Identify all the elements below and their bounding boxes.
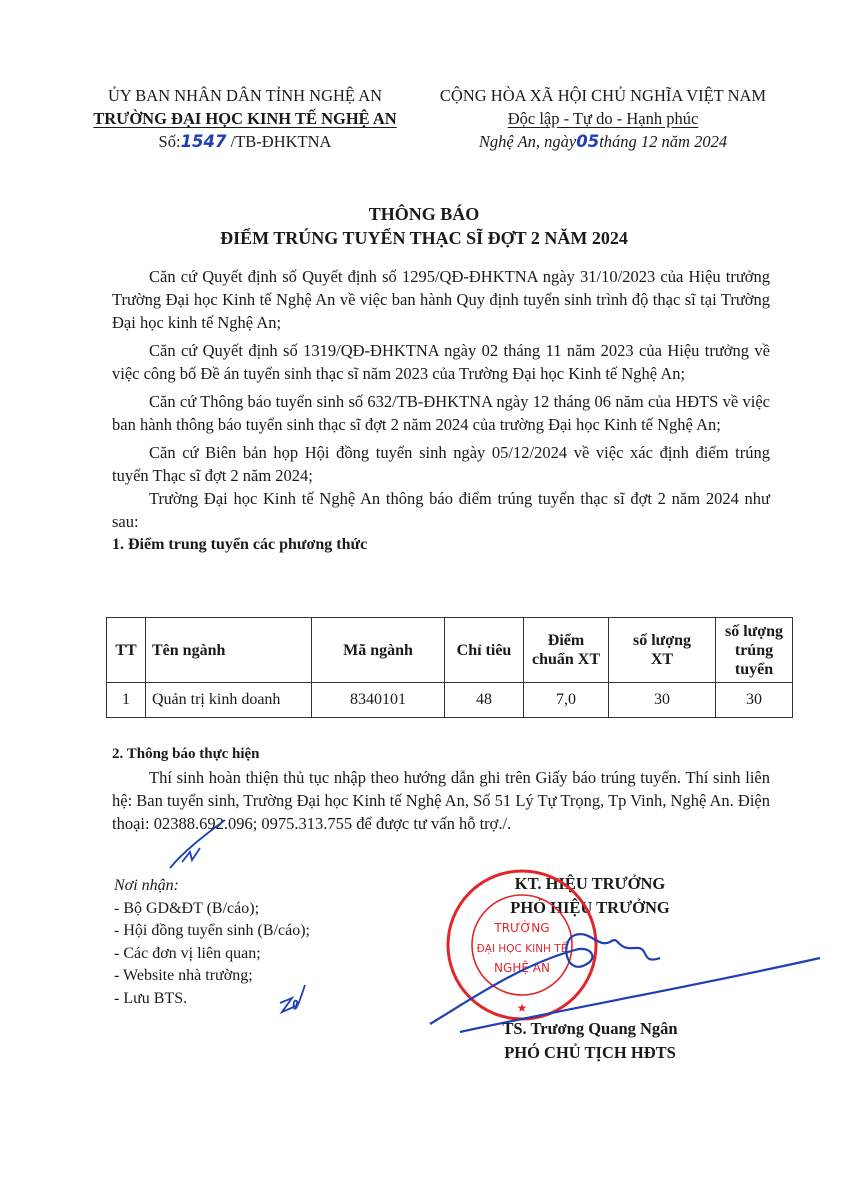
col-header-applicants: số lượngXT [609,618,716,683]
col-header-code: Mã ngành [312,618,445,683]
col-header-cutoff: Điểmchuẩn XT [524,618,609,683]
cell-applicants: 30 [609,683,716,718]
date-suffix: tháng 12 năm 2024 [599,132,727,151]
section2-text: Thí sinh hoàn thiện thủ tục nhập theo hư… [112,766,770,835]
title-line1: THÔNG BÁO [0,202,848,226]
recipients-label: Nơi nhận: [114,875,310,898]
motto: Độc lập - Tự do - Hạnh phúc [418,107,788,130]
cell-quota: 48 [445,683,524,718]
legal-basis: Căn cứ Quyết định số Quyết định số 1295/… [112,265,770,556]
col-header-tt: TT [107,618,146,683]
cell-major: Quản trị kinh doanh [146,683,312,718]
paragraph: Trường Đại học Kinh tế Nghệ An thông báo… [112,487,770,533]
authority-name: ỦY BAN NHÂN DÂN TỈNH NGHỆ AN [80,84,410,107]
recipient-item: - Website nhà trường; [114,965,310,988]
national-header: CỘNG HÒA XÃ HỘI CHỦ NGHĨA VIỆT NAM Độc l… [418,84,788,153]
paragraph: Căn cứ Biên bản họp Hội đồng tuyển sinh … [112,441,770,487]
number-suffix: /TB-ĐHKTNA [231,132,332,151]
cell-code: 8340101 [312,683,445,718]
cell-admitted: 30 [716,683,793,718]
recipient-item: - Hội đồng tuyển sinh (B/cáo); [114,920,310,943]
cell-cutoff: 7,0 [524,683,609,718]
signature-scribble [430,934,660,1024]
recipient-item: - Các đơn vị liên quan; [114,943,310,966]
school-name-text: TRƯỜNG ĐẠI HỌC KINH TẾ NGHỆ AN [93,109,396,128]
paragraph: Căn cứ Quyết định số Quyết định số 1295/… [112,265,770,334]
signer-role: PHÓ CHỦ TỊCH HĐTS [470,1041,710,1065]
stamp-line2: ĐẠI HỌC KINH TẾ [477,941,568,955]
document-title: THÔNG BÁO ĐIỂM TRÚNG TUYỂN THẠC SĨ ĐỢT 2… [0,202,848,250]
col-header-quota: Chỉ tiêu [445,618,524,683]
stamp-line3: NGHỆ AN [494,960,550,975]
document-number: Số:1547 /TB-ĐHKTNA [80,130,410,153]
col-header-major: Tên ngành [146,618,312,683]
handwritten-number: 1547 [181,132,227,151]
date-prefix: Nghệ An, ngày [479,132,576,151]
section2-heading: 2. Thông báo thực hiện [112,743,770,766]
paragraph: Căn cứ Quyết định số 1319/QĐ-ĐHKTNA ngày… [112,339,770,385]
paragraph: Căn cứ Thông báo tuyển sinh số 632/TB-ĐH… [112,390,770,436]
issuer-block: ỦY BAN NHÂN DÂN TỈNH NGHỆ AN TRƯỜNG ĐẠI … [80,84,410,153]
section2: 2. Thông báo thực hiện Thí sinh hoàn thi… [112,743,770,835]
place-date: Nghệ An, ngày05tháng 12 năm 2024 [418,130,788,153]
signer-name: TS. Trương Quang Ngân [470,1017,710,1041]
signature-line1: KT. HIỆU TRƯỞNG [455,872,725,896]
official-stamp: TRƯỜNG ĐẠI HỌC KINH TẾ NGHỆ AN ★ [0,0,848,1200]
table-header-row: TT Tên ngành Mã ngành Chỉ tiêu Điểmchuẩn… [107,618,793,683]
table-row: 1 Quản trị kinh doanh 8340101 48 7,0 30 … [107,683,793,718]
handwritten-day: 05 [576,132,599,151]
number-prefix: Số: [159,132,181,151]
signature-title: KT. HIỆU TRƯỞNG PHÓ HIỆU TRƯỞNG [455,872,725,920]
title-line2: ĐIỂM TRÚNG TUYỂN THẠC SĨ ĐỢT 2 NĂM 2024 [0,226,848,250]
motto-text: Độc lập - Tự do - Hạnh phúc [508,109,699,128]
recipient-item: - Lưu BTS. [114,988,310,1011]
recipient-item: - Bộ GD&ĐT (B/cáo); [114,898,310,921]
recipients: Nơi nhận: - Bộ GD&ĐT (B/cáo); - Hội đồng… [114,875,310,1010]
col-header-admitted: số lượngtrúngtuyển [716,618,793,683]
school-name: TRƯỜNG ĐẠI HỌC KINH TẾ NGHỆ AN [80,107,410,130]
results-table: TT Tên ngành Mã ngành Chỉ tiêu Điểmchuẩn… [106,617,793,718]
stamp-line1: TRƯỜNG [493,920,549,935]
country-name: CỘNG HÒA XÃ HỘI CHỦ NGHĨA VIỆT NAM [418,84,788,107]
signer-block: TS. Trương Quang Ngân PHÓ CHỦ TỊCH HĐTS [470,1017,710,1065]
svg-text:★: ★ [517,1001,528,1015]
signature-line2: PHÓ HIỆU TRƯỞNG [455,896,725,920]
section1-heading: 1. Điểm trung tuyển các phương thức [112,533,770,556]
cell-tt: 1 [107,683,146,718]
